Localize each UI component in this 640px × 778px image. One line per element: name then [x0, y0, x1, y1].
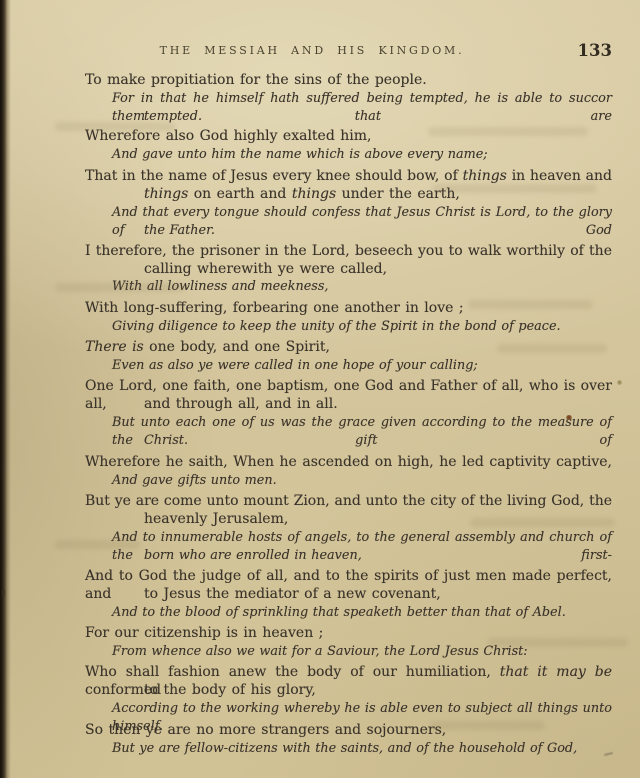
verse-segment: Who shall fashion anew the body of our h…	[85, 664, 500, 680]
verse-segment: That in the name of Jesus every knee sho…	[85, 168, 463, 184]
show-through-smudge	[428, 127, 588, 136]
verse-line: Even as also ye were called in one hope …	[112, 357, 478, 375]
verse-segment: things	[463, 168, 507, 184]
show-through-smudge	[488, 638, 628, 647]
verse-segment: With long-suffering, forbearing one anot…	[85, 300, 464, 316]
verse-line: That in the name of Jesus every knee sho…	[85, 167, 612, 185]
verse-line: For our citizenship is in heaven ;	[85, 624, 323, 642]
book-page: THE MESSIAH AND HIS KINGDOM. 133 To make…	[0, 0, 640, 778]
verse-line: And gave gifts unto men.	[112, 472, 277, 490]
verse-segment: So then ye are no more strangers and soj…	[85, 722, 446, 738]
verse-segment: heavenly Jerusalem,	[144, 511, 288, 527]
paper-speck	[2, 589, 5, 596]
verse-segment: Wherefore he saith, When he ascended on …	[85, 454, 612, 470]
verse-segment: But ye are come unto mount Zion, and unt…	[85, 493, 612, 509]
verse-line: From whence also we wait for a Saviour, …	[112, 643, 528, 661]
show-through-smudge	[497, 344, 607, 353]
show-through-smudge	[55, 283, 185, 292]
show-through-smudge	[55, 540, 140, 549]
verse-segment: From whence also we wait for a Saviour, …	[112, 644, 528, 659]
paper-speck	[617, 380, 622, 385]
verse-line: heavenly Jerusalem,	[144, 510, 288, 528]
verse-line: So then ye are no more strangers and soj…	[85, 721, 446, 739]
running-header: THE MESSIAH AND HIS KINGDOM.	[0, 44, 624, 57]
verse-segment: and through all, and in all.	[144, 396, 338, 412]
verse-segment: to Jesus the mediator of a new covenant,	[144, 586, 441, 602]
verse-line: calling wherewith ye were called,	[144, 260, 387, 278]
verse-segment: Giving diligence to keep the unity of th…	[112, 319, 561, 334]
verse-line: born who are enrolled in heaven,	[144, 547, 362, 565]
book-gutter-edge	[0, 0, 11, 778]
verse-line: I therefore, the prisoner in the Lord, b…	[85, 242, 612, 260]
verse-segment: the Father.	[144, 223, 215, 238]
verse-segment: Even as also ye were called in one hope …	[112, 358, 478, 373]
show-through-smudge	[470, 518, 615, 527]
verse-segment: born who are enrolled in heaven,	[144, 548, 362, 563]
verse-line: and through all, and in all.	[144, 395, 338, 413]
verse-line: There is one body, and one Spirit,	[85, 338, 330, 356]
verse-line: to Jesus the mediator of a new covenant,	[144, 585, 441, 603]
verse-line: things on earth and things under the ear…	[144, 185, 460, 203]
verse-segment: I therefore, the prisoner in the Lord, b…	[85, 243, 612, 259]
verse-line: To make propitiation for the sins of the…	[85, 71, 427, 89]
verse-line: the Father.	[144, 222, 215, 240]
verse-line: to the body of his glory,	[144, 681, 316, 699]
verse-segment: There is	[85, 339, 144, 355]
paper-speck	[566, 415, 572, 420]
show-through-smudge	[468, 300, 593, 309]
verse-segment: For our citizenship is in heaven ;	[85, 625, 323, 641]
verse-line: And gave unto him the name which is abov…	[112, 146, 488, 164]
verse-segment: To make propitiation for the sins of the…	[85, 72, 427, 88]
verse-line: Christ.	[144, 432, 188, 450]
verse-segment: things	[292, 186, 336, 202]
verse-line: With long-suffering, forbearing one anot…	[85, 299, 464, 317]
verse-segment: And gave gifts unto men.	[112, 473, 277, 488]
verse-segment: one body, and one Spirit,	[144, 339, 330, 355]
page-number: 133	[552, 41, 612, 60]
verse-line: But ye are come unto mount Zion, and unt…	[85, 492, 612, 510]
paper-speck	[604, 752, 613, 756]
verse-segment: on earth and	[188, 186, 292, 202]
verse-segment: And gave unto him the name which is abov…	[112, 147, 488, 162]
show-through-smudge	[432, 184, 597, 193]
verse-segment: that it may be	[500, 664, 612, 680]
verse-segment: calling wherewith ye were called,	[144, 261, 387, 277]
verse-segment: And to the blood of sprinkling that spea…	[112, 605, 566, 620]
verse-line: Giving diligence to keep the unity of th…	[112, 318, 561, 336]
verse-line: Wherefore he saith, When he ascended on …	[85, 453, 612, 471]
show-through-smudge	[430, 721, 545, 730]
verse-segment: to the body of his glory,	[144, 682, 316, 698]
verse-segment: in heaven and	[507, 168, 612, 184]
verse-segment: But ye are fellow-citizens with the sain…	[112, 741, 577, 756]
show-through-smudge	[55, 122, 175, 131]
verse-segment: Christ.	[144, 433, 188, 448]
verse-segment: things	[144, 186, 188, 202]
verse-line: But ye are fellow-citizens with the sain…	[112, 740, 577, 758]
verse-line: And to the blood of sprinkling that spea…	[112, 604, 566, 622]
